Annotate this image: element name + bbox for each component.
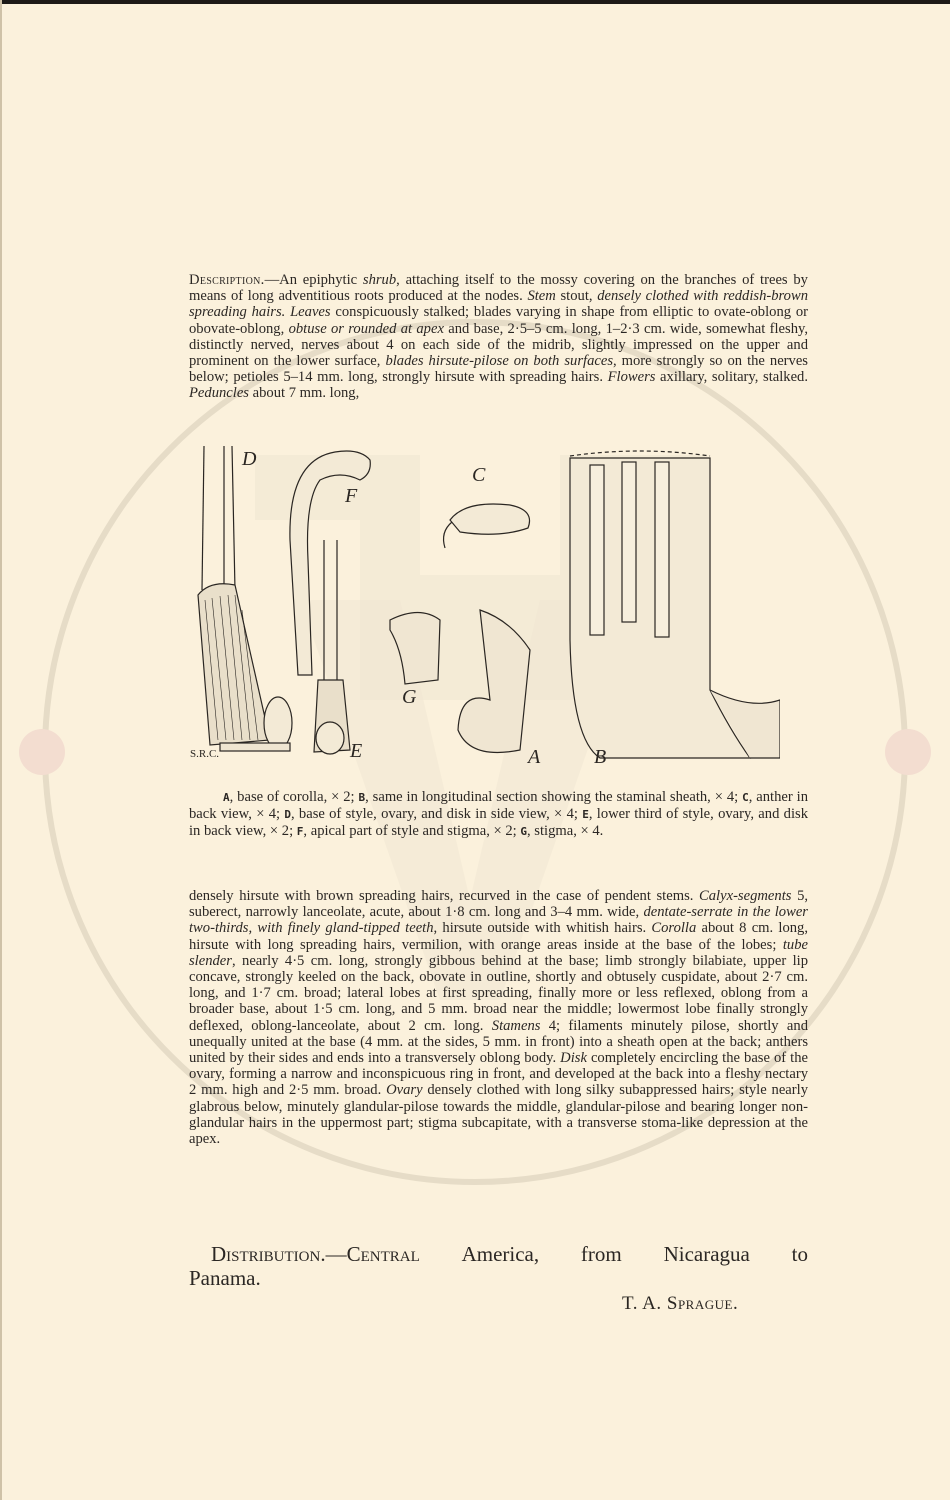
figure-label-f: F [345,485,357,508]
scan-top-edge [0,0,950,4]
figure-label-g: G [402,686,416,709]
author-initials: T. A. [622,1293,662,1314]
distribution-word: Nicaragua [664,1242,750,1266]
botanical-illustration: D F C G E A B S.R.C. [190,440,780,770]
figure-label-d: D [242,448,256,471]
description-continuation: densely hirsute with brown spreading hai… [189,888,808,1147]
artist-signature: S.R.C. [190,748,219,760]
distribution-section: Distribution.—Central America, from Nica… [189,1242,808,1290]
distribution-heading: Distribution.—Central [211,1242,420,1266]
distribution-line-1: Distribution.—Central America, from Nica… [189,1242,808,1266]
figure-label-b: B [594,746,606,769]
scan-left-edge [0,0,2,1500]
description-paragraph: Description.—An epiphytic shrub, attachi… [189,272,808,402]
distribution-word: America, [462,1242,540,1266]
illustration-drawing [190,440,780,770]
figure-label-c: C [472,464,485,487]
author-surname: Sprague. [667,1293,738,1314]
distribution-line-2: Panama. [189,1266,808,1290]
figure-label-a: A [528,746,540,769]
distribution-word: to [792,1242,808,1266]
figure-caption: A, base of corolla, × 2; B, same in long… [189,789,808,841]
figure-label-e: E [350,740,362,763]
author-signature: T. A. Sprague. [622,1293,738,1315]
distribution-word: from [581,1242,622,1266]
